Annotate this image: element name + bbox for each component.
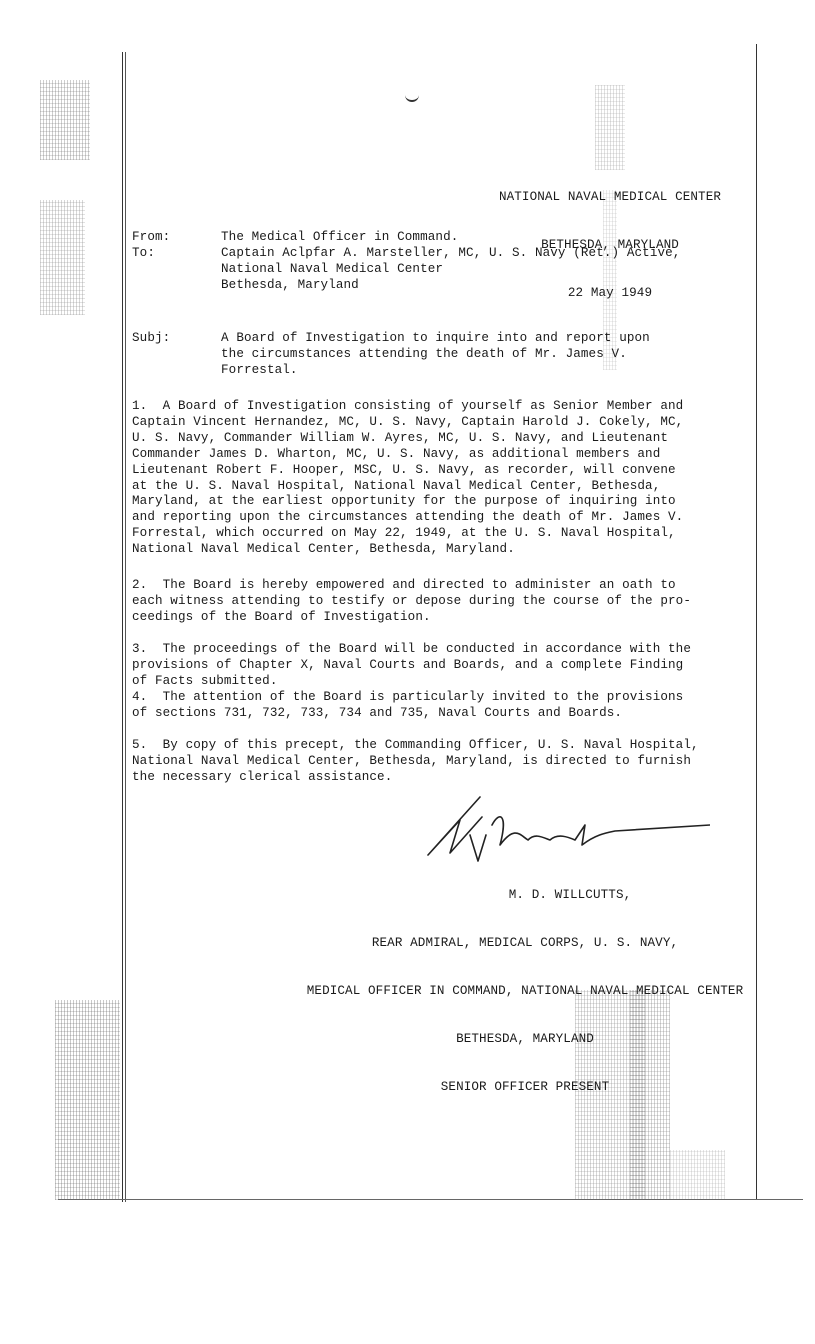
- paragraph-line: 3. The proceedings of the Board will be …: [132, 641, 732, 657]
- frame-line-left-inner: [125, 52, 126, 1202]
- to-line: Bethesda, Maryland: [221, 277, 359, 293]
- scan-noise: [55, 1000, 120, 1200]
- subj-line: Forrestal.: [221, 362, 298, 378]
- subj-line: the circumstances attending the death of…: [221, 346, 627, 362]
- signer-title: REAR ADMIRAL, MEDICAL CORPS, U. S. NAVY,: [270, 935, 780, 951]
- signer-title: SENIOR OFFICER PRESENT: [270, 1079, 780, 1095]
- paragraph-line: 2. The Board is hereby empowered and dir…: [132, 577, 732, 593]
- paragraph-line: U. S. Navy, Commander William W. Ayres, …: [132, 430, 732, 446]
- paragraph-line: ceedings of the Board of Investigation.: [132, 609, 732, 625]
- signer-name: M. D. WILLCUTTS,: [270, 887, 780, 903]
- paragraph-line: Commander James D. Wharton, MC, U. S. Na…: [132, 446, 732, 462]
- paragraph-line: 1. A Board of Investigation consisting o…: [132, 398, 732, 414]
- paragraph-line: of Facts submitted.: [132, 673, 732, 689]
- frame-line-bottom: [58, 1199, 803, 1200]
- paragraph-line: 4. The attention of the Board is particu…: [132, 689, 732, 705]
- from-label: From:: [132, 229, 170, 245]
- letterhead-org: NATIONAL NAVAL MEDICAL CENTER: [465, 189, 755, 205]
- to-line: Captain Aclpfar A. Marsteller, MC, U. S.…: [221, 245, 680, 261]
- paragraph-line: 5. By copy of this precept, the Commandi…: [132, 737, 732, 753]
- signature-block: M. D. WILLCUTTS, REAR ADMIRAL, MEDICAL C…: [270, 855, 780, 1127]
- subj-label: Subj:: [132, 330, 170, 346]
- paragraph-line: of sections 731, 732, 733, 734 and 735, …: [132, 705, 732, 721]
- frame-line-left: [122, 52, 123, 1202]
- document-page: NATIONAL NAVAL MEDICAL CENTER BETHESDA, …: [0, 0, 815, 1344]
- scan-noise: [40, 200, 85, 315]
- paragraph-line: Captain Vincent Hernandez, MC, U. S. Nav…: [132, 414, 732, 430]
- scan-noise: [670, 1150, 725, 1200]
- paragraph-line: at the U. S. Naval Hospital, National Na…: [132, 478, 732, 494]
- scan-noise: [40, 80, 90, 160]
- letterhead-date: 22 May 1949: [465, 285, 755, 301]
- paragraph-line: Lieutenant Robert F. Hooper, MSC, U. S. …: [132, 462, 732, 478]
- signer-title: MEDICAL OFFICER IN COMMAND, NATIONAL NAV…: [270, 983, 780, 999]
- paragraph-line: National Naval Medical Center, Bethesda,…: [132, 753, 732, 769]
- to-line: National Naval Medical Center: [221, 261, 443, 277]
- paragraph-line: National Naval Medical Center, Bethesda,…: [132, 541, 732, 557]
- to-label: To:: [132, 245, 155, 261]
- ink-mark: [405, 92, 419, 102]
- subj-line: A Board of Investigation to inquire into…: [221, 330, 650, 346]
- paragraph-line: the necessary clerical assistance.: [132, 769, 732, 785]
- paragraph-line: Forrestal, which occurred on May 22, 194…: [132, 525, 732, 541]
- paragraph-line: Maryland, at the earliest opportunity fo…: [132, 493, 732, 509]
- paragraph-line: provisions of Chapter X, Naval Courts an…: [132, 657, 732, 673]
- signer-title: BETHESDA, MARYLAND: [270, 1031, 780, 1047]
- paragraph-line: and reporting upon the circumstances att…: [132, 509, 732, 525]
- paragraph-line: each witness attending to testify or dep…: [132, 593, 732, 609]
- from-value: The Medical Officer in Command.: [221, 229, 458, 245]
